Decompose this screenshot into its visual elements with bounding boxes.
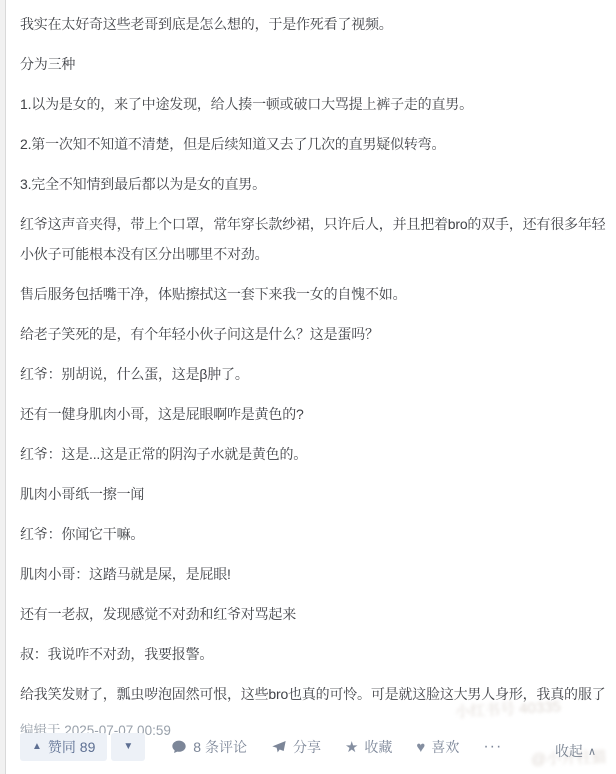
collapse-label: 收起 <box>555 741 583 761</box>
post-paragraph: 红爷：你闻它干嘛。 <box>20 519 608 549</box>
comments-label: 8 条评论 <box>193 737 247 757</box>
downvote-button[interactable]: ▼ <box>111 733 145 761</box>
chevron-up-icon: ∧ <box>588 745 596 758</box>
upvote-label: 赞同 89 <box>48 737 95 757</box>
post-paragraph: 3.完全不知情到最后都以为是女的直男。 <box>20 169 608 199</box>
post-paragraph: 肌肉小哥纸一擦一闻 <box>20 479 608 509</box>
post-paragraph: 红爷这声音夹得，带上个口罩，常年穿长款纱裙，只许后人，并且把着bro的双手，还有… <box>20 209 608 269</box>
comments-button[interactable]: 8 条评论 <box>171 737 247 757</box>
downvote-triangle-icon: ▼ <box>123 742 133 752</box>
vote-group: ▲ 赞同 89 ▼ <box>20 733 145 761</box>
share-button[interactable]: 分享 <box>271 737 321 757</box>
post-paragraph: 红爷：别胡说，什么蛋，这是β肿了。 <box>20 359 608 389</box>
upvote-button[interactable]: ▲ 赞同 89 <box>20 733 107 761</box>
post-paragraph: 2.第一次知不知道不清楚，但是后续知道又去了几次的直男疑似转弯。 <box>20 129 608 159</box>
post-paragraph: 肌肉小哥：这踏马就是屎，是屁眼! <box>20 559 608 589</box>
like-button[interactable]: ♥ 喜欢 <box>416 737 459 757</box>
like-label: 喜欢 <box>431 737 459 757</box>
post-screen: 我实在太好奇这些老哥到底是怎么想的，于是作死看了视频。分为三种1.以为是女的，来… <box>0 0 616 774</box>
post-paragraph: 售后服务包括嘴干净，体贴擦拭这一套下来我一女的自愧不如。 <box>20 279 608 309</box>
post-paragraph: 1.以为是女的，来了中途发现，给人揍一顿或破口大骂提上裤子走的直男。 <box>20 89 608 119</box>
favorite-button[interactable]: ★ 收藏 <box>345 737 392 757</box>
share-label: 分享 <box>293 737 321 757</box>
post-paragraph: 分为三种 <box>20 49 608 79</box>
more-button[interactable]: ··· <box>483 738 502 756</box>
post-paragraph: 红爷：这是...这是正常的阴沟子水就是黄色的。 <box>20 439 608 469</box>
post-paragraph: 给我笑发财了，瓢虫哕泡固然可恨，这些bro也真的可怜。可是就这脸这大男人身形，我… <box>20 679 608 709</box>
upvote-triangle-icon: ▲ <box>32 742 42 752</box>
post-paragraph: 叔：我说咋不对劲，我要报警。 <box>20 639 608 669</box>
post-paragraph: 我实在太好奇这些老哥到底是怎么想的，于是作死看了视频。 <box>20 9 608 39</box>
ellipsis-icon: ··· <box>483 738 502 756</box>
action-bar: ▲ 赞同 89 ▼ 8 条评论 分享 ★ <box>6 728 616 774</box>
comment-bubble-icon <box>171 739 187 755</box>
star-icon: ★ <box>345 740 358 755</box>
heart-icon: ♥ <box>416 740 425 755</box>
favorite-label: 收藏 <box>364 737 392 757</box>
post-paragraph: 还有一健身肌肉小哥，这是屁眼啊咋是黄色的? <box>20 399 608 429</box>
collapse-button[interactable]: 收起 ∧ <box>549 740 602 762</box>
post-body: 我实在太好奇这些老哥到底是怎么想的，于是作死看了视频。分为三种1.以为是女的，来… <box>6 0 616 739</box>
post-paragraph: 还有一老叔，发现感觉不对劲和红爷对骂起来 <box>20 599 608 629</box>
paper-plane-icon <box>271 739 287 755</box>
post-paragraph: 给老子笑死的是，有个年轻小伙子问这是什么？这是蛋吗？ <box>20 319 608 349</box>
post-paragraphs: 我实在太好奇这些老哥到底是怎么想的，于是作死看了视频。分为三种1.以为是女的，来… <box>20 9 608 709</box>
